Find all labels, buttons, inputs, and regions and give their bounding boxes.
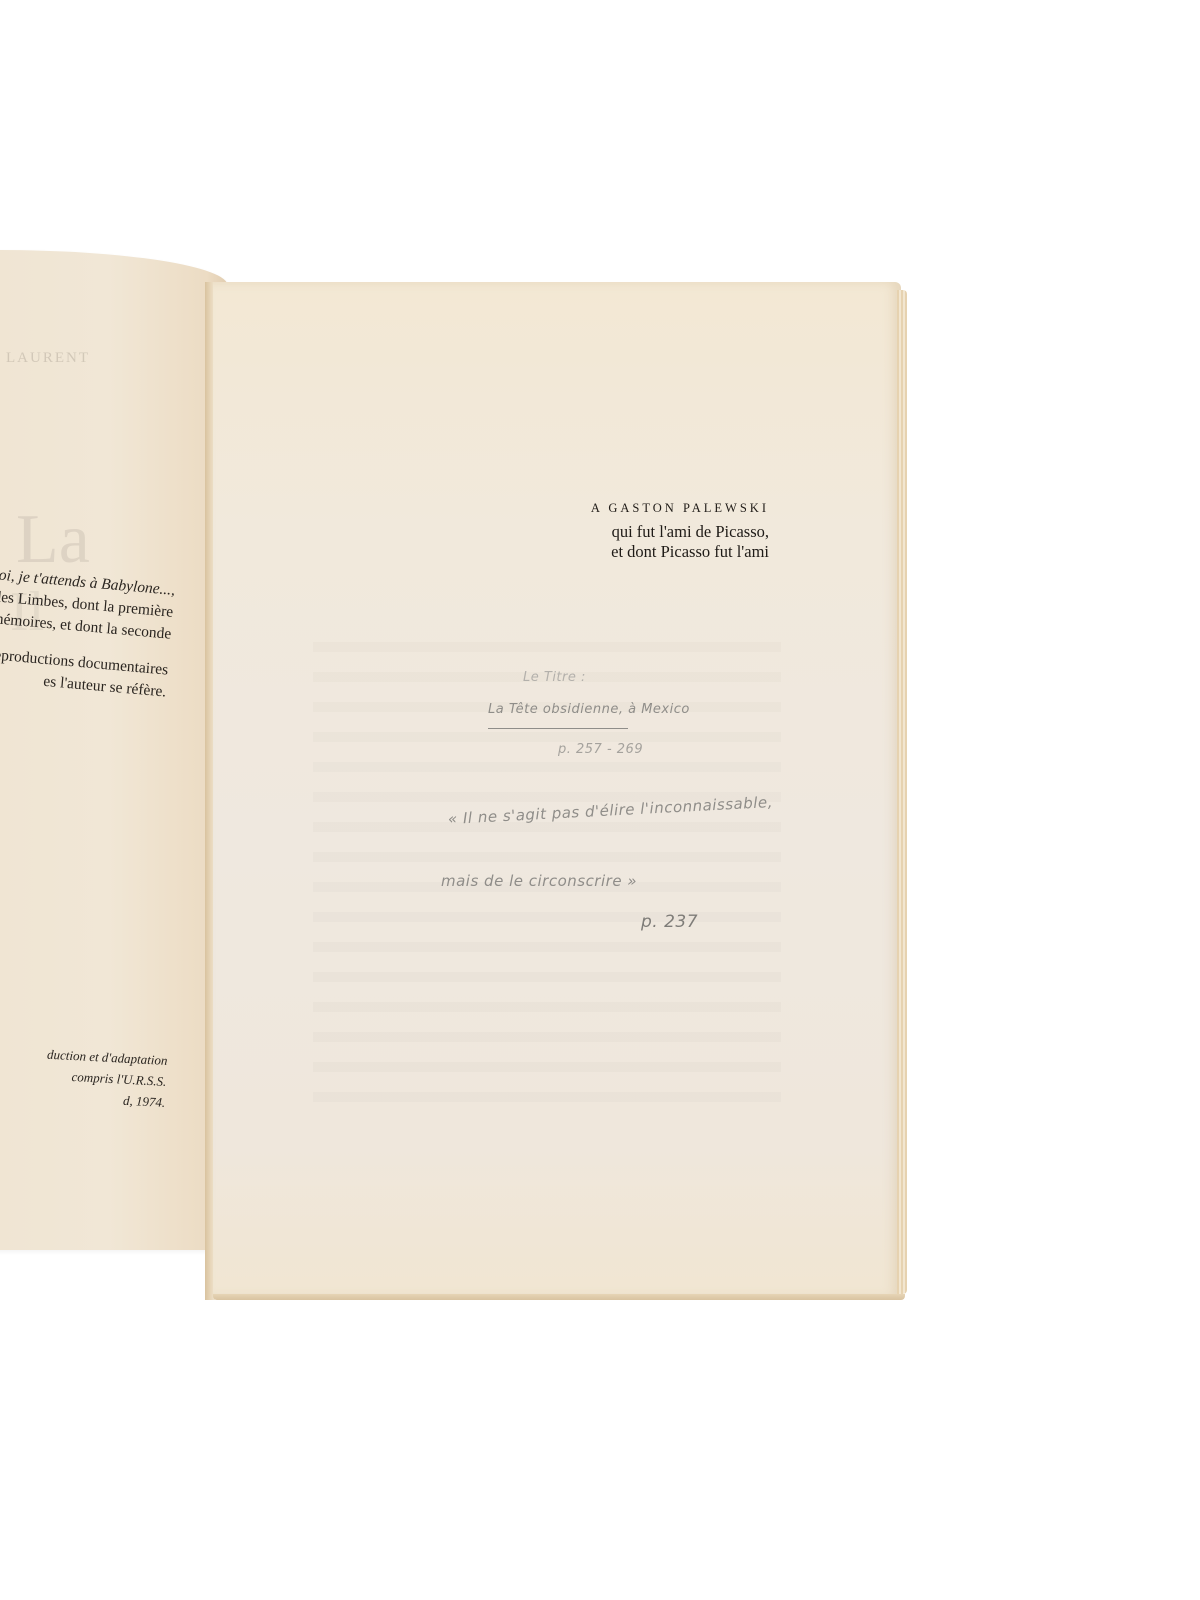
handwritten-underline (488, 728, 628, 729)
handwritten-quote-line-2: mais de le circonscrire » (441, 872, 637, 890)
right-page: A GASTON PALEWSKI qui fut l'ami de Picas… (213, 282, 901, 1298)
handwritten-title: La Tête obsidienne, à Mexico (488, 702, 690, 717)
handwritten-pages: p. 257 - 269 (558, 742, 643, 757)
handwritten-page-ref: p. 237 (641, 912, 698, 932)
left-running-header: LAURENT (6, 350, 90, 367)
dedication-line-2: et dont Picasso fut l'ami (553, 542, 769, 562)
page-edges (897, 290, 907, 1294)
dedication-name: A GASTON PALEWSKI (553, 498, 769, 518)
dedication-line-1: qui fut l'ami de Picasso, (553, 522, 769, 542)
left-page: LAURENT La Il t Roi, je t'attends à Baby… (0, 250, 228, 1250)
page-bottom-edge (213, 1294, 905, 1300)
handwritten-title-label: Le Titre : (523, 670, 586, 685)
left-paragraph: t Roi, je t'attends à Babylone..., des L… (0, 559, 176, 703)
left-copyright: duction et d'adaptation compris l'U.R.S.… (0, 1038, 168, 1112)
dedication: A GASTON PALEWSKI qui fut l'ami de Picas… (553, 498, 769, 562)
book-photo: LAURENT La Il t Roi, je t'attends à Baby… (0, 0, 1200, 1600)
